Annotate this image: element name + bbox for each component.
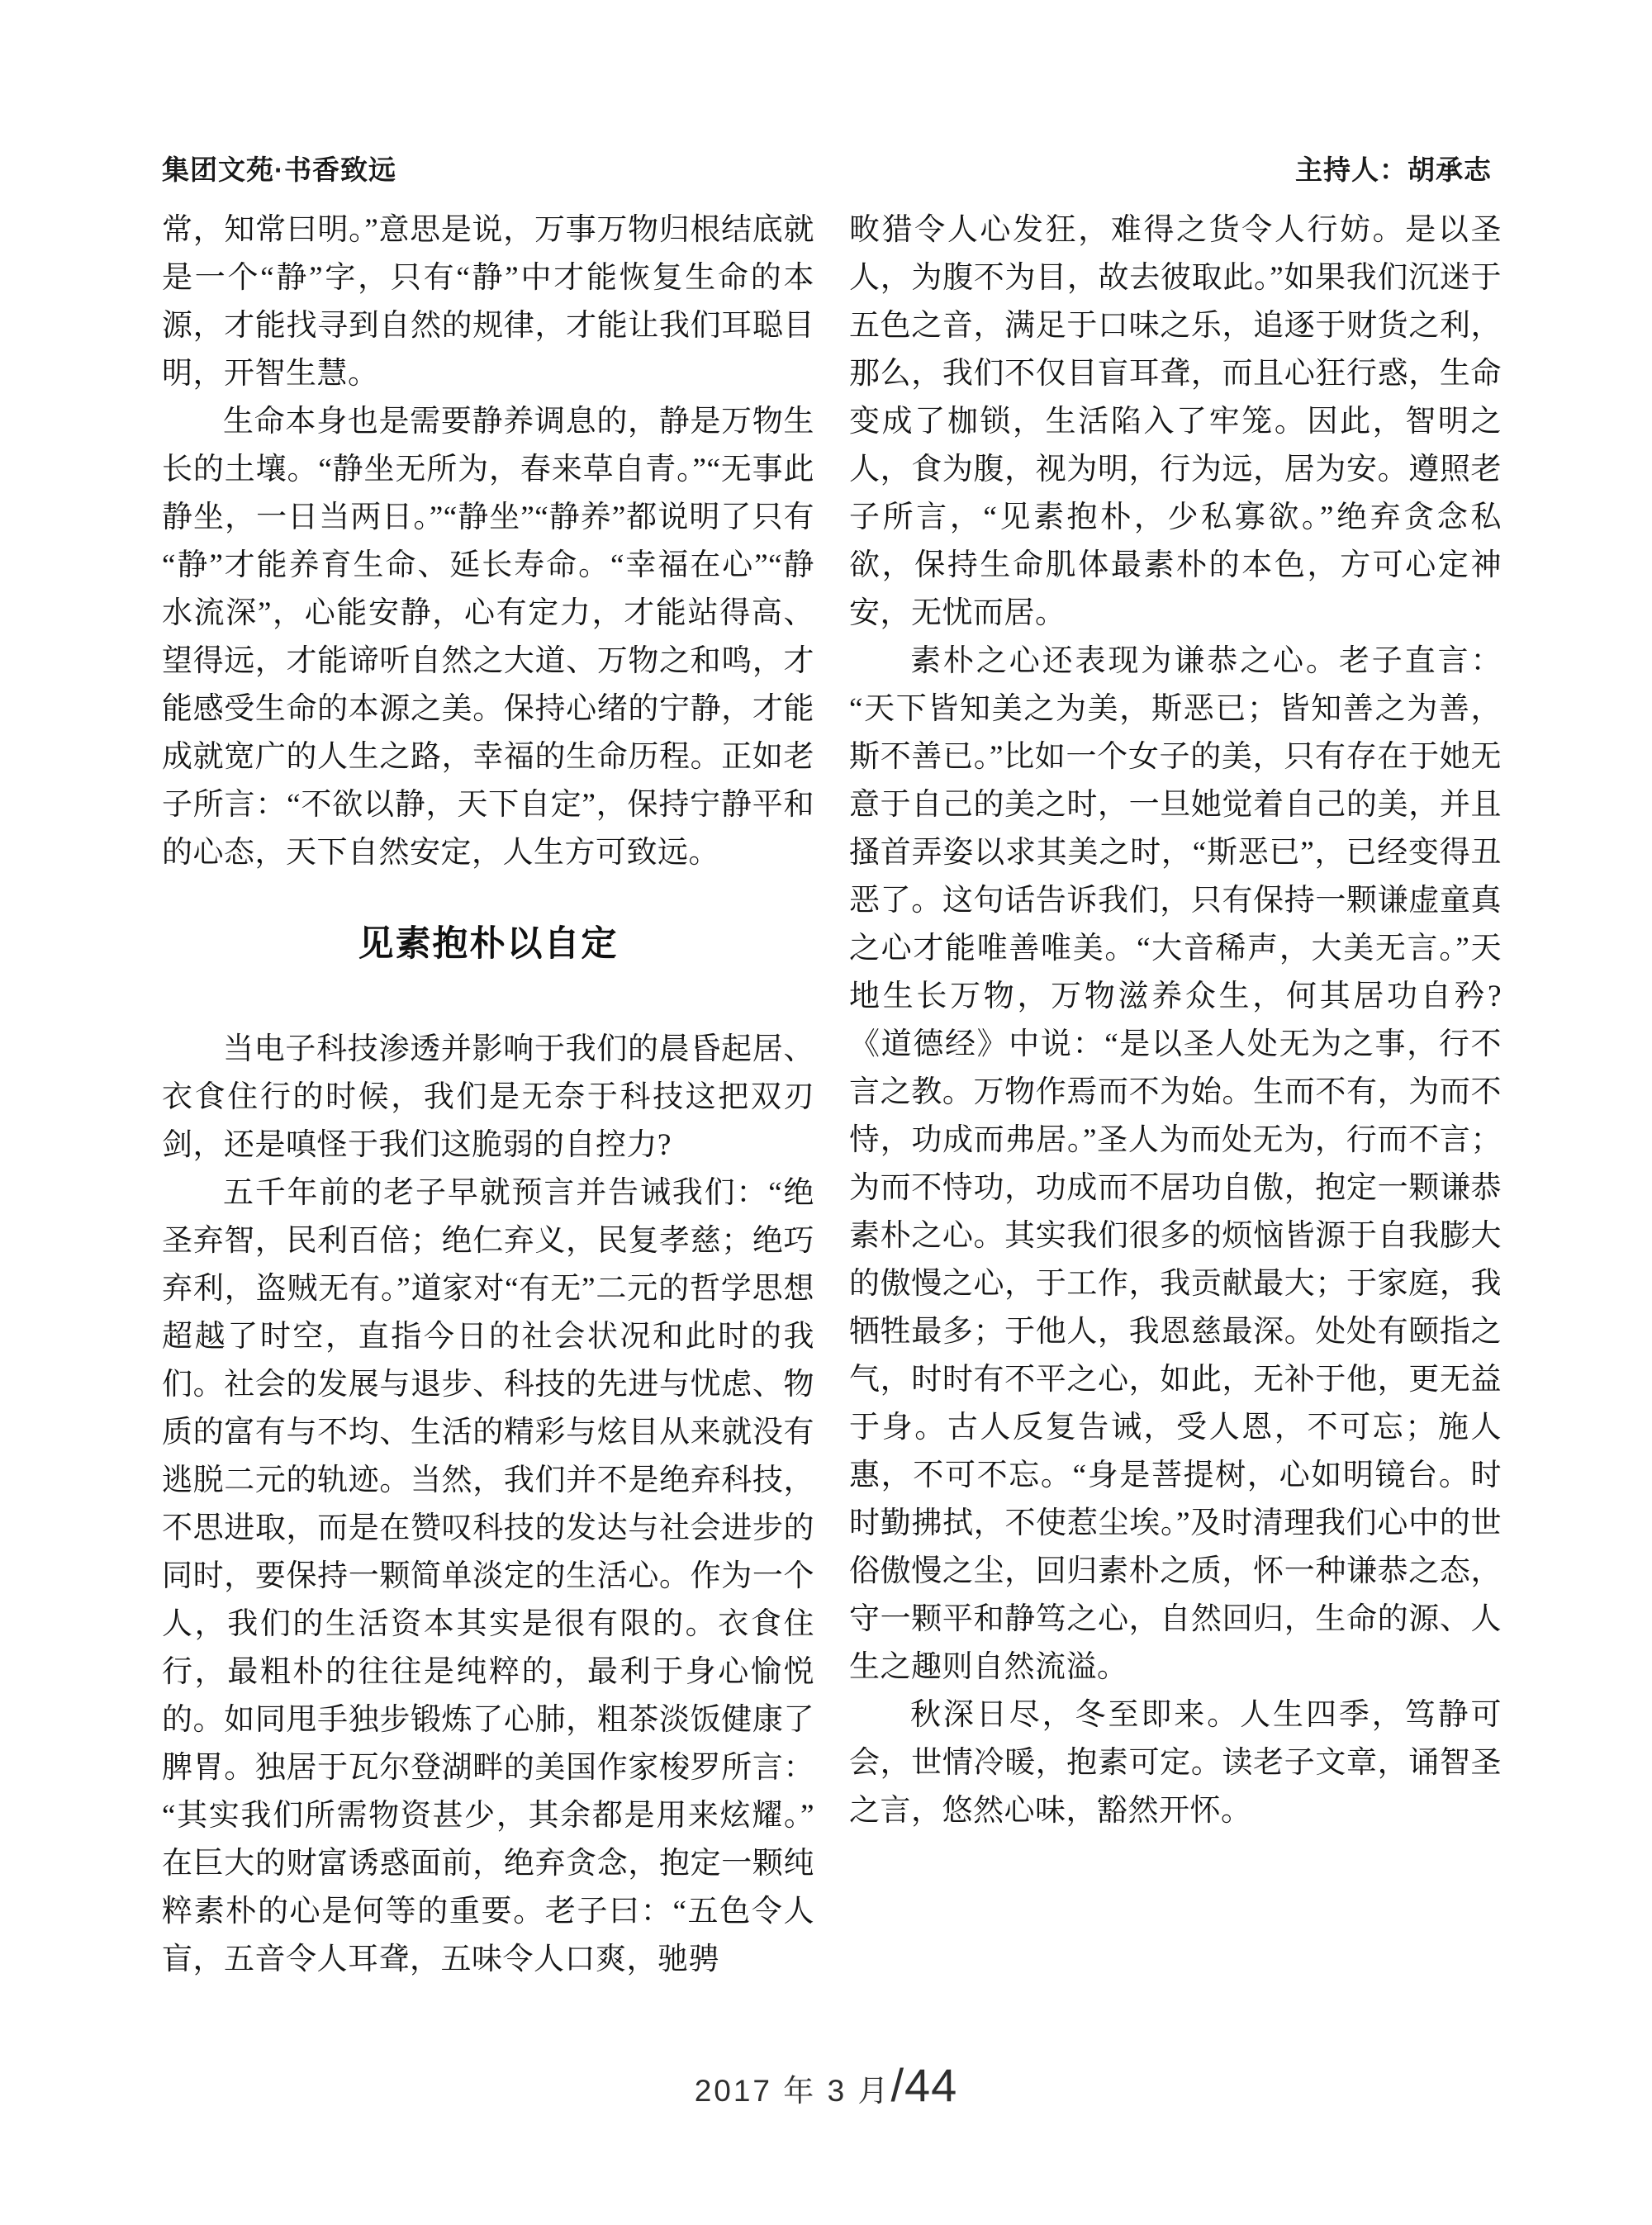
page-footer: 2017 年 3 月/44 [0, 2058, 1652, 2112]
footer-separator: / [890, 2059, 904, 2111]
page-header: 集团文苑·书香致远 主持人：胡承志 [162, 149, 1492, 187]
section-heading: 见素抱朴以自定 [162, 923, 814, 965]
journal-section-title: 集团文苑·书香致远 [162, 149, 396, 187]
right-column: 畋猎令人心发狂，难得之货令人行妨。是以圣人，为腹不为目，故去彼取此。”如果我们沉… [849, 206, 1502, 1835]
paragraph: 当电子科技渗透并影响于我们的晨昏起居、衣食住行的时候，我们是无奈于科技这把双刃剑… [162, 1026, 814, 1169]
paragraph: 素朴之心还表现为谦恭之心。老子直言：“天下皆知美之为美，斯恶已；皆知善之为善，斯… [849, 638, 1502, 1691]
magazine-page: 集团文苑·书香致远 主持人：胡承志 常，知常曰明。”意思是说，万事万物归根结底就… [0, 0, 1652, 2225]
footer-date: 2017 年 3 月 [695, 2074, 891, 2108]
footer-page-number: 44 [904, 2059, 957, 2111]
paragraph: 畋猎令人心发狂，难得之货令人行妨。是以圣人，为腹不为目，故去彼取此。”如果我们沉… [849, 206, 1502, 638]
paragraph: 常，知常曰明。”意思是说，万事万物归根结底就是一个“静”字，只有“静”中才能恢复… [162, 206, 814, 398]
paragraph: 五千年前的老子早就预言并告诫我们：“绝圣弃智，民利百倍；绝仁弃义，民复孝慈；绝巧… [162, 1169, 814, 1984]
left-column: 常，知常曰明。”意思是说，万事万物归根结底就是一个“静”字，只有“静”中才能恢复… [162, 206, 814, 1984]
host-credit: 主持人：胡承志 [1295, 149, 1492, 187]
paragraph: 秋深日尽，冬至即来。人生四季，笃静可会，世情冷暖，抱素可定。读老子文章，诵智圣之… [849, 1691, 1502, 1835]
paragraph: 生命本身也是需要静养调息的，静是万物生长的土壤。“静坐无所为，春来草自青。”“无… [162, 398, 814, 877]
